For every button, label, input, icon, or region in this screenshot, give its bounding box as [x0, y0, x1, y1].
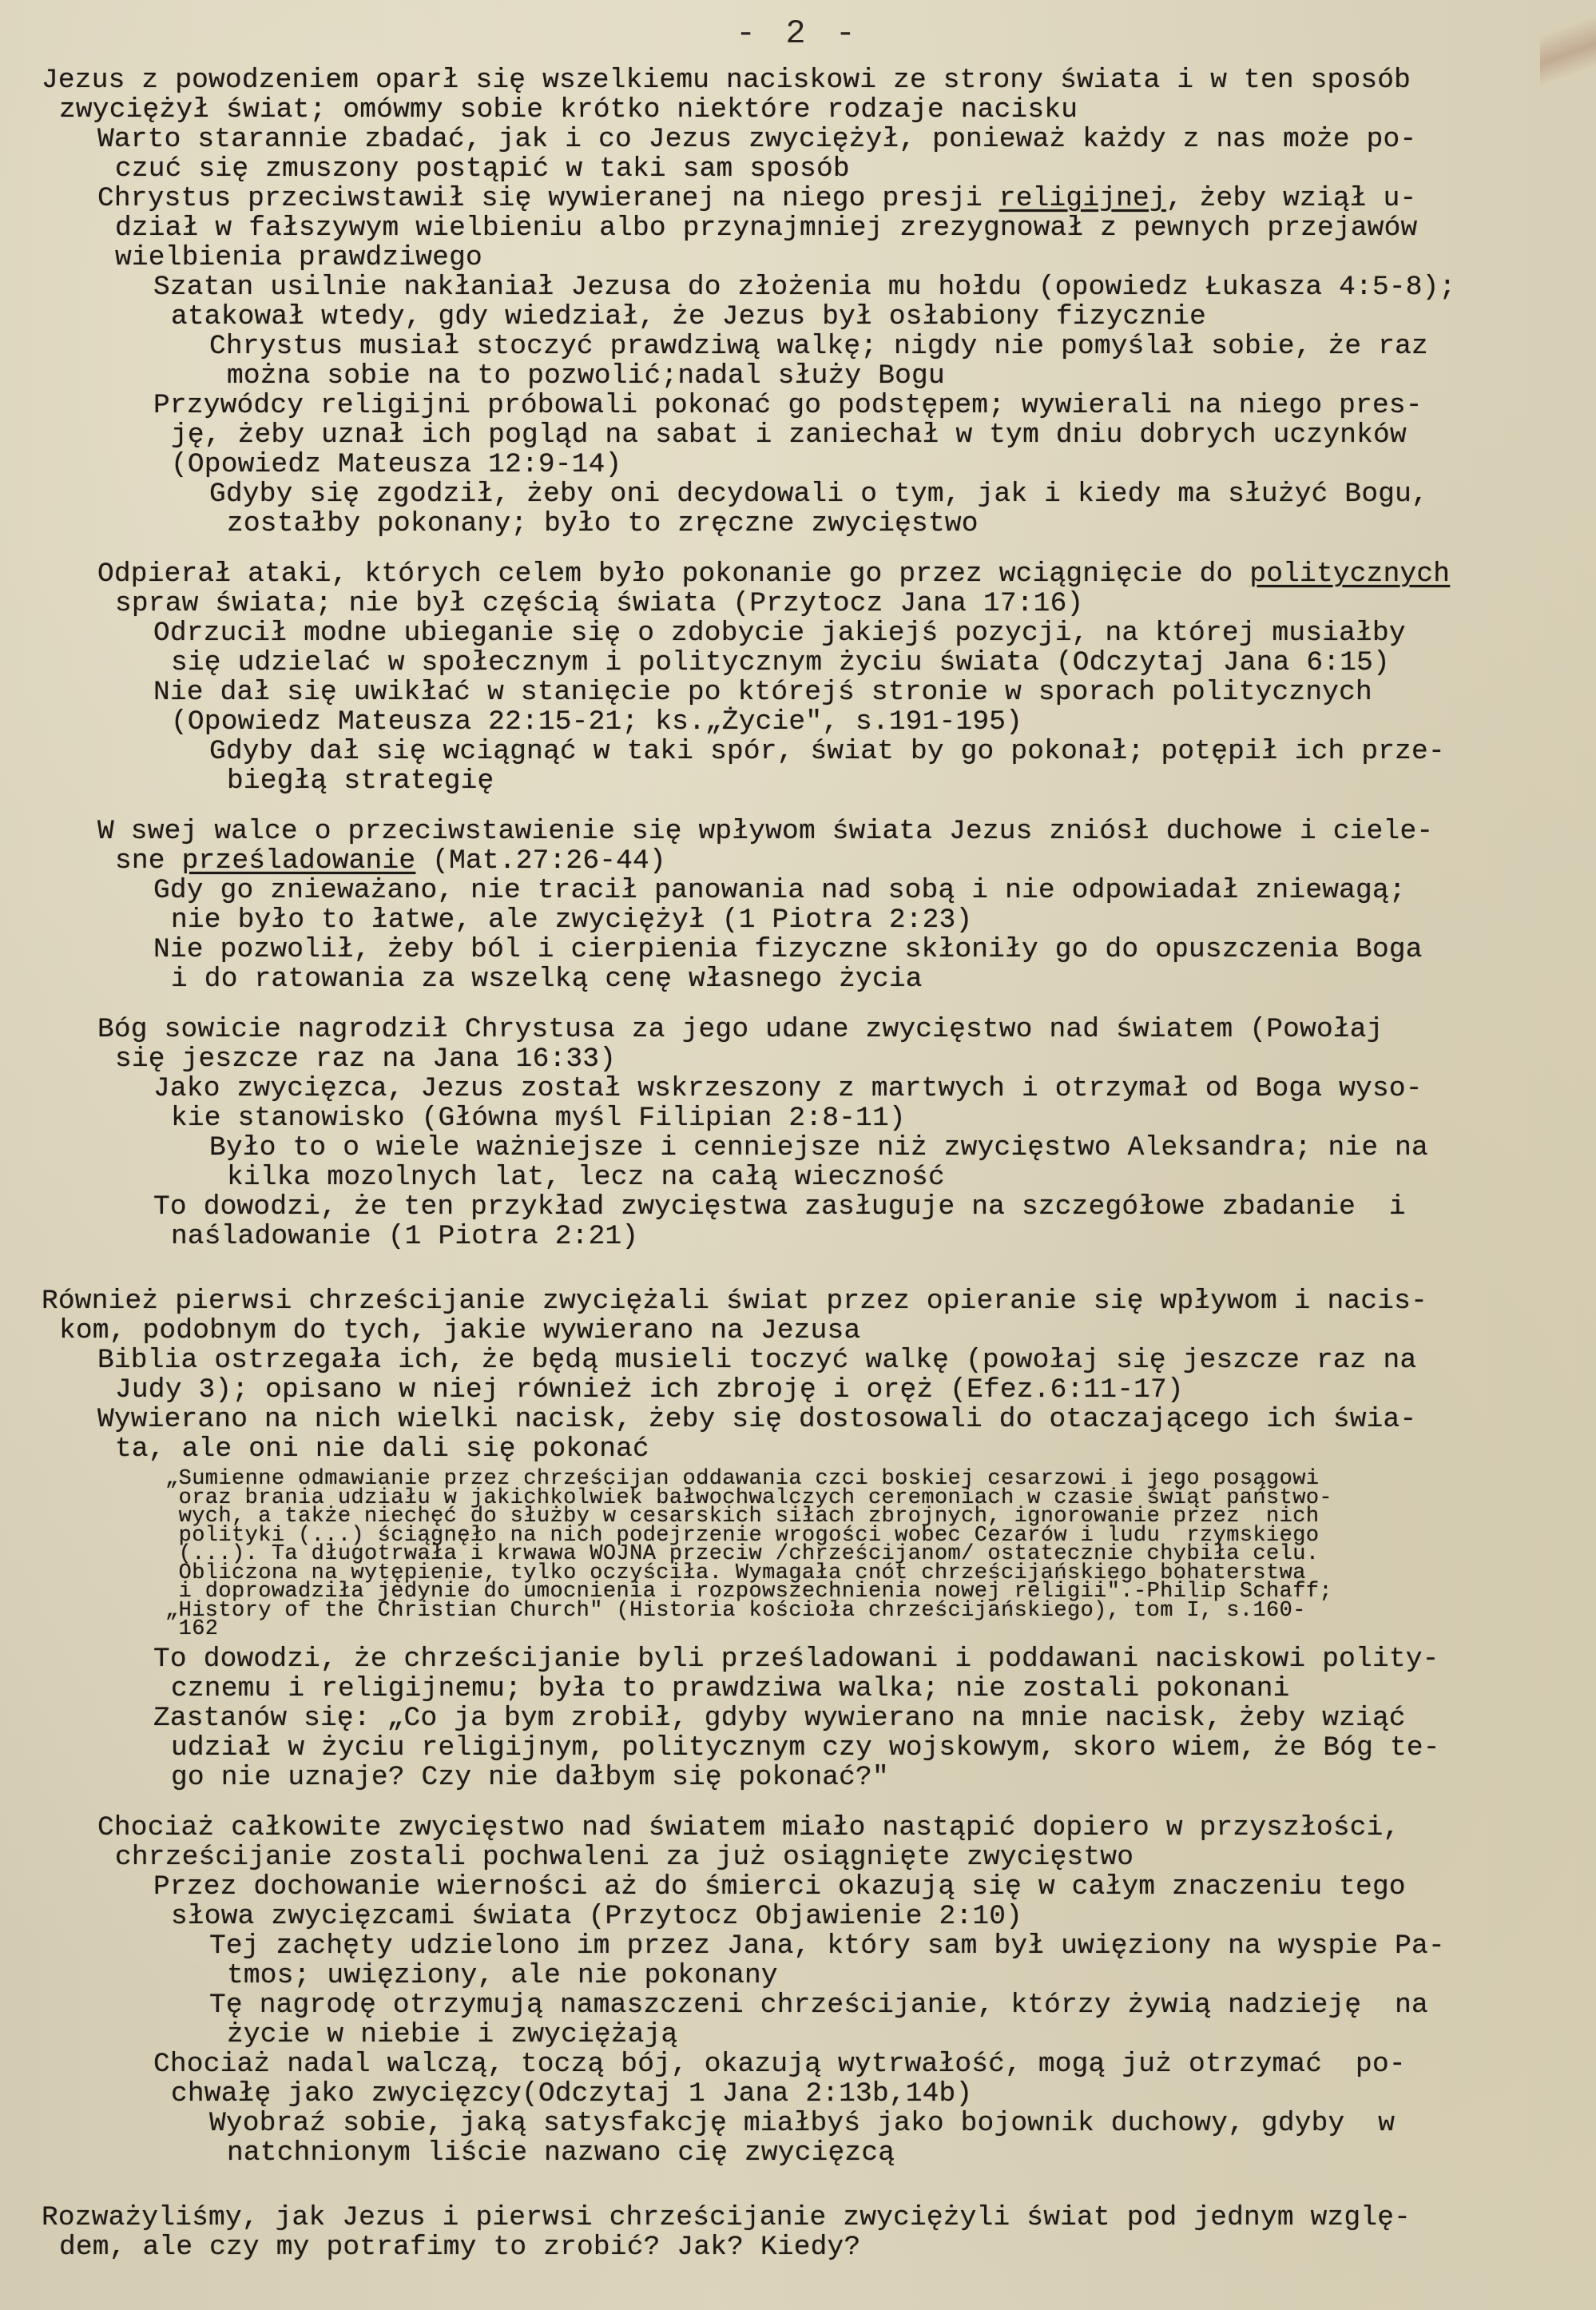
outline-line: Odpierał ataki, których celem było pokon… — [42, 559, 1559, 589]
section-spacer — [42, 1251, 1559, 1286]
outline-line: czuć się zmuszony postąpić w taki sam sp… — [42, 154, 1559, 184]
outline-line: się udzielać w społecznym i politycznym … — [42, 648, 1559, 678]
outline-line: dem, ale czy my potrafimy to zrobić? Jak… — [42, 2232, 1559, 2262]
outline-section: Również pierwsi chrześcijanie zwyciężali… — [42, 1286, 1559, 1464]
outline-line: się jeszcze raz na Jana 16:33) — [42, 1044, 1559, 1074]
outline-line: kie stanowisko (Główna myśl Filipian 2:8… — [42, 1103, 1559, 1133]
outline-line: Jezus z powodzeniem oparł się wszelkiemu… — [42, 66, 1559, 95]
outline-line: Również pierwsi chrześcijanie zwyciężali… — [42, 1286, 1559, 1316]
outline-line: życie w niebie i zwyciężają — [42, 2020, 1559, 2050]
section-spacer — [42, 1792, 1559, 1813]
outline-section: Jezus z powodzeniem oparł się wszelkiemu… — [42, 66, 1559, 539]
outline-line: W swej walce o przeciwstawienie się wpły… — [42, 817, 1559, 846]
outline-line: słowa zwycięzcami świata (Przytocz Objaw… — [42, 1902, 1559, 1931]
outline-line: Przez dochowanie wierności aż do śmierci… — [42, 1872, 1559, 1902]
outline-line: Biblia ostrzegała ich, że będą musieli t… — [42, 1346, 1559, 1375]
outline-line: udział w życiu religijnym, politycznym c… — [42, 1733, 1559, 1763]
outline-line: biegłą strategię — [42, 766, 1559, 796]
outline-line: Jako zwycięzca, Jezus został wskrzeszony… — [42, 1074, 1559, 1103]
outline-line: ję, żeby uznał ich pogląd na sabat i zan… — [42, 420, 1559, 450]
page-number: - 2 - — [0, 14, 1596, 53]
outline-line: Gdyby dał się wciągnąć w taki spór, świa… — [42, 737, 1559, 766]
outline-line: Chociaż nadal walczą, toczą bój, okazują… — [42, 2050, 1559, 2079]
outline-line: Zastanów się: „Co ja bym zrobił, gdyby w… — [42, 1704, 1559, 1733]
outline-line: Bóg sowicie nagrodził Chrystusa za jego … — [42, 1015, 1559, 1044]
outline-section: W swej walce o przeciwstawienie się wpły… — [42, 817, 1559, 994]
outline-section: Bóg sowicie nagrodził Chrystusa za jego … — [42, 1015, 1559, 1251]
outline-body: Jezus z powodzeniem oparł się wszelkiemu… — [42, 66, 1559, 2262]
outline-line: naśladowanie (1 Piotra 2:21) — [42, 1222, 1559, 1251]
section-spacer — [42, 796, 1559, 817]
outline-line: Szatan usilnie nakłaniał Jezusa do złoże… — [42, 272, 1559, 302]
outline-section: Rozważyliśmy, jak Jezus i pierwsi chrześ… — [42, 2203, 1559, 2262]
outline-line: Chociaż całkowite zwycięstwo nad światem… — [42, 1813, 1559, 1843]
outline-line: kom, podobnym do tych, jakie wywierano n… — [42, 1316, 1559, 1346]
outline-line: Tej zachęty udzielono im przez Jana, któ… — [42, 1931, 1559, 1961]
outline-line: Odrzucił modne ubieganie się o zdobycie … — [42, 618, 1559, 648]
outline-line: ta, ale oni nie dali się pokonać — [42, 1434, 1559, 1464]
outline-line: Wyobraź sobie, jaką satysfakcję miałbyś … — [42, 2109, 1559, 2138]
outline-line: dział w fałszywym wielbieniu albo przyna… — [42, 213, 1559, 243]
outline-line: i do ratowania za wszelką cenę własnego … — [42, 964, 1559, 994]
outline-line: (Opowiedz Mateusza 22:15-21; ks.„Życie",… — [42, 707, 1559, 737]
section-spacer — [42, 994, 1559, 1015]
outline-line: tmos; uwięziony, ale nie pokonany — [42, 1961, 1559, 1990]
historical-quote: „Sumienne odmawianie przez chrześcijan o… — [42, 1470, 1559, 1640]
outline-line: spraw świata; nie był częścią świata (Pr… — [42, 589, 1559, 618]
outline-line: zostałby pokonany; było to zręczne zwyci… — [42, 509, 1559, 539]
outline-line: chwałę jako zwycięzcy(Odczytaj 1 Jana 2:… — [42, 2079, 1559, 2109]
outline-line: Tę nagrodę otrzymują namaszczeni chrześc… — [42, 1990, 1559, 2020]
outline-line: można sobie na to pozwolić;nadal służy B… — [42, 361, 1559, 391]
outline-section: To dowodzi, że chrześcijanie byli prześl… — [42, 1644, 1559, 1792]
outline-line: wielbienia prawdziwego — [42, 243, 1559, 272]
section-spacer — [42, 2168, 1559, 2203]
outline-line: nie było to łatwe, ale zwyciężył (1 Piot… — [42, 905, 1559, 935]
outline-line: Nie pozwolił, żeby ból i cierpienia fizy… — [42, 935, 1559, 964]
outline-line: Gdyby się zgodził, żeby oni decydowali o… — [42, 479, 1559, 509]
outline-line: go nie uznaje? Czy nie dałbym się pokona… — [42, 1763, 1559, 1792]
outline-line: sne prześladowanie (Mat.27:26-44) — [42, 846, 1559, 876]
outline-line: Rozważyliśmy, jak Jezus i pierwsi chrześ… — [42, 2203, 1559, 2232]
outline-line: zwyciężył świat; omówmy sobie krótko nie… — [42, 95, 1559, 125]
outline-line: Warto starannie zbadać, jak i co Jezus z… — [42, 125, 1559, 154]
outline-line: Judy 3); opisano w niej również ich zbro… — [42, 1375, 1559, 1405]
outline-line: Wywierano na nich wielki nacisk, żeby si… — [42, 1405, 1559, 1434]
outline-line: Chrystus musiał stoczyć prawdziwą walkę;… — [42, 332, 1559, 361]
outline-section: Odpierał ataki, których celem było pokon… — [42, 559, 1559, 796]
quote-line: „History of the Christian Church" (Histo… — [42, 1602, 1559, 1621]
quote-line: 162 — [42, 1620, 1559, 1640]
outline-line: Przywódcy religijni próbowali pokonać go… — [42, 391, 1559, 420]
outline-section: Chociaż całkowite zwycięstwo nad światem… — [42, 1813, 1559, 2168]
outline-line: Chrystus przeciwstawił się wywieranej na… — [42, 184, 1559, 213]
underlined-keyword: religijnej — [999, 183, 1166, 214]
outline-line: To dowodzi, że ten przykład zwycięstwa z… — [42, 1192, 1559, 1222]
outline-line: chrześcijanie zostali pochwaleni za już … — [42, 1843, 1559, 1872]
outline-line: (Opowiedz Mateusza 12:9-14) — [42, 450, 1559, 479]
typewritten-page: - 2 - Jezus z powodzeniem oparł się wsze… — [0, 0, 1596, 2310]
outline-line: atakował wtedy, gdy wiedział, że Jezus b… — [42, 302, 1559, 332]
outline-line: Nie dał się uwikłać w stanięcie po które… — [42, 678, 1559, 707]
outline-line: kilka mozolnych lat, lecz na całą wieczn… — [42, 1163, 1559, 1192]
underlined-keyword: prześladowanie — [182, 845, 416, 877]
section-spacer — [42, 539, 1559, 559]
outline-line: Gdy go znieważano, nie tracił panowania … — [42, 876, 1559, 905]
outline-line: cznemu i religijnemu; była to prawdziwa … — [42, 1674, 1559, 1704]
outline-line: To dowodzi, że chrześcijanie byli prześl… — [42, 1644, 1559, 1674]
outline-line: natchnionym liście nazwano cię zwycięzcą — [42, 2138, 1559, 2168]
outline-line: Było to o wiele ważniejsze i cenniejsze … — [42, 1133, 1559, 1163]
underlined-keyword: politycznych — [1249, 559, 1450, 590]
